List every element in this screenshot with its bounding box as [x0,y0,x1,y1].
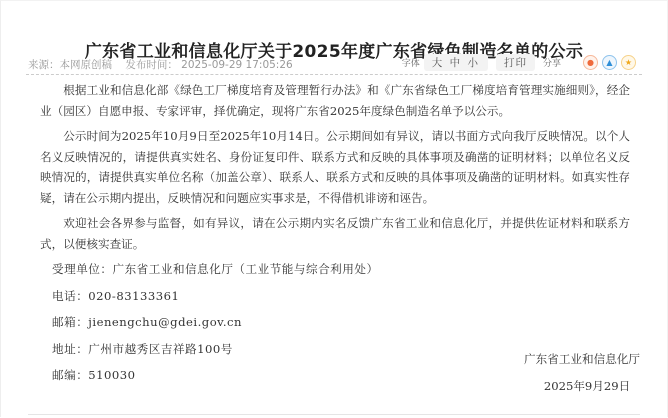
print-button[interactable]: 打印 [496,54,535,71]
font-size-label: 字体 [402,56,420,69]
contact-unit: 受理单位：广东省工业和信息化厅（工业节能与综合利用处） [40,259,630,280]
article-tools: 字体 大 中 小 打印 分享 ● ▲ ★ [402,54,636,71]
article-body: 根据工业和信息化部《绿色工厂梯度培育及管理暂行办法》和《广东省绿色工厂梯度培育管… [40,80,630,392]
signature-date: 2025年9月29日 [524,373,640,400]
share-label: 分享 [543,56,561,69]
paragraph-intro: 根据工业和信息化部《绿色工厂梯度培育及管理暂行办法》和《广东省绿色工厂梯度培育管… [40,80,630,121]
font-size-selector[interactable]: 大 中 小 [424,54,488,71]
signature-org: 广东省工业和信息化厅 [524,346,640,373]
publish-time: 发布时间： 2025-09-29 17:05:26 [125,59,292,71]
signature-block: 广东省工业和信息化厅 2025年9月29日 [524,346,640,400]
article-info: 来源：本网原创稿 发布时间： 2025-09-29 17:05:26 [28,57,303,72]
favorite-star-icon[interactable]: ★ [621,55,636,70]
bottom-divider [28,414,640,415]
qq-icon[interactable]: ▲ [602,55,617,70]
article-meta-bar: 来源：本网原创稿 发布时间： 2025-09-29 17:05:26 字体 大 … [26,54,642,75]
source-text: 来源：本网原创稿 [28,59,112,71]
paragraph-period: 公示时间为2025年10月9日至2025年10月14日。公示期间如有异议，请以书… [40,126,630,208]
paragraph-supervision: 欢迎社会各界参与监督，如有异议，请在公示期内实名反馈广东省工业和信息化厅，并提供… [40,213,630,254]
contact-email: 邮箱：jienengchu@gdei.gov.cn [40,312,630,333]
contact-phone: 电话：020-83133361 [40,286,630,307]
weibo-icon[interactable]: ● [583,55,598,70]
